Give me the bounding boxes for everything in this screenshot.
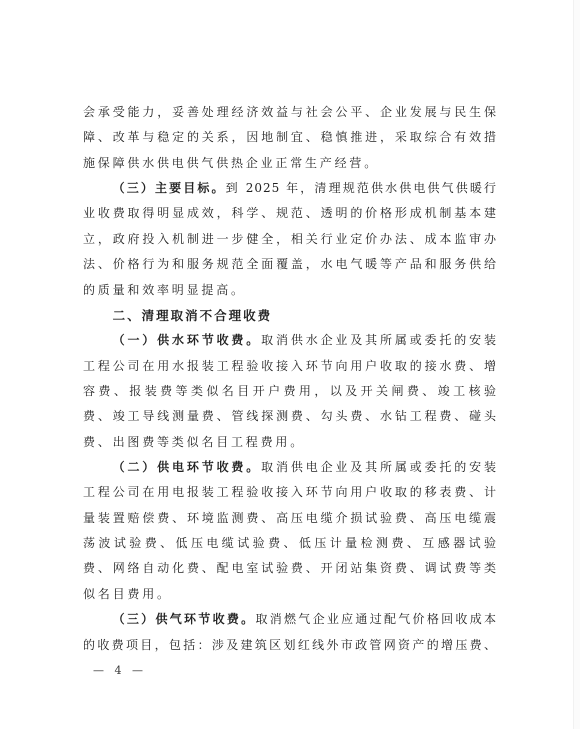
- text-line: （二）供电环节收费。取消供电企业及其所属或委托的安装: [83, 455, 497, 480]
- text-line: 容费、报装费等类似名目开户费用，以及开关闸费、竣工核验: [83, 379, 497, 404]
- text-line: 荡波试验费、低压电缆试验费、低压计量检测费、互感器试验: [83, 531, 497, 556]
- text-line: 量装置赔偿费、环境监测费、高压电缆介损试验费、高压电缆震: [83, 506, 497, 531]
- text-line-body: 取消燃气企业应通过配气价格回收成本: [255, 612, 497, 626]
- text-line-body: 取消供电企业及其所属或委托的安装: [261, 460, 497, 474]
- paragraph-lead: （一）供水环节收费。: [113, 333, 262, 347]
- text-line: 的质量和效率明显提高。: [83, 278, 497, 303]
- text-line: 费、出图费等类似名目工程费用。: [83, 430, 497, 455]
- paragraph-gas-supply-fees: （三）供气环节收费。取消燃气企业应通过配气价格回收成本 的收费项目，包括：涉及建…: [83, 607, 497, 658]
- text-line: 业收费取得明显成效，科学、规范、透明的价格形成机制基本建: [83, 201, 497, 226]
- text-line: 工程公司在用水报装工程验收接入环节向用户收取的接水费、增: [83, 354, 497, 379]
- text-line-body: 到 2025 年，清理规范供水供电供气供暖行: [226, 181, 497, 195]
- text-line: （三）主要目标。到 2025 年，清理规范供水供电供气供暖行: [83, 176, 497, 201]
- page-number: — 4 —: [83, 658, 497, 683]
- text-line: 似名目费用。: [83, 582, 497, 607]
- paragraph-power-supply-fees: （二）供电环节收费。取消供电企业及其所属或委托的安装 工程公司在用电报装工程验收…: [83, 455, 497, 607]
- text-line: 费、网络自动化费、配电室试验费、开闭站集资费、调试费等类: [83, 556, 497, 581]
- paragraph-main-goals: （三）主要目标。到 2025 年，清理规范供水供电供气供暖行 业收费取得明显成效…: [83, 176, 497, 303]
- paragraph-lead: （三）供气环节收费。: [113, 612, 256, 626]
- text-line: 施保障供水供电供气供热企业正常生产经营。: [83, 151, 497, 176]
- text-line: （一）供水环节收费。取消供水企业及其所属或委托的安装: [83, 328, 497, 353]
- document-page-body: 会承受能力，妥善处理经济效益与社会公平、企业发展与民生保 障、改革与稳定的关系，…: [83, 100, 497, 683]
- text-line: 立，政府投入机制进一步健全，相关行业定价办法、成本监审办: [83, 227, 497, 252]
- paragraph-continuation: 会承受能力，妥善处理经济效益与社会公平、企业发展与民生保 障、改革与稳定的关系，…: [83, 100, 497, 176]
- text-line: 法、价格行为和服务规范全面覆盖，水电气暖等产品和服务供给: [83, 252, 497, 277]
- text-line: 费、竣工导线测量费、管线探测费、勾头费、水钻工程费、碰头: [83, 404, 497, 429]
- scan-page-edge: [573, 0, 580, 729]
- text-line: 障、改革与稳定的关系，因地制宜、稳慎推进，采取综合有效措: [83, 125, 497, 150]
- paragraph-water-supply-fees: （一）供水环节收费。取消供水企业及其所属或委托的安装 工程公司在用水报装工程验收…: [83, 328, 497, 455]
- paragraph-lead: （二）供电环节收费。: [113, 460, 262, 474]
- text-line: 会承受能力，妥善处理经济效益与社会公平、企业发展与民生保: [83, 100, 497, 125]
- text-line-body: 取消供水企业及其所属或委托的安装: [261, 333, 497, 347]
- text-line: 工程公司在用电报装工程验收接入环节向用户收取的移表费、计: [83, 480, 497, 505]
- text-line: （三）供气环节收费。取消燃气企业应通过配气价格回收成本: [83, 607, 497, 632]
- paragraph-lead: （三）主要目标。: [113, 181, 226, 195]
- section-heading: 二、清理取消不合理收费: [83, 303, 497, 328]
- text-line: 的收费项目，包括：涉及建筑区划红线外市政管网资产的增压费、: [83, 633, 497, 658]
